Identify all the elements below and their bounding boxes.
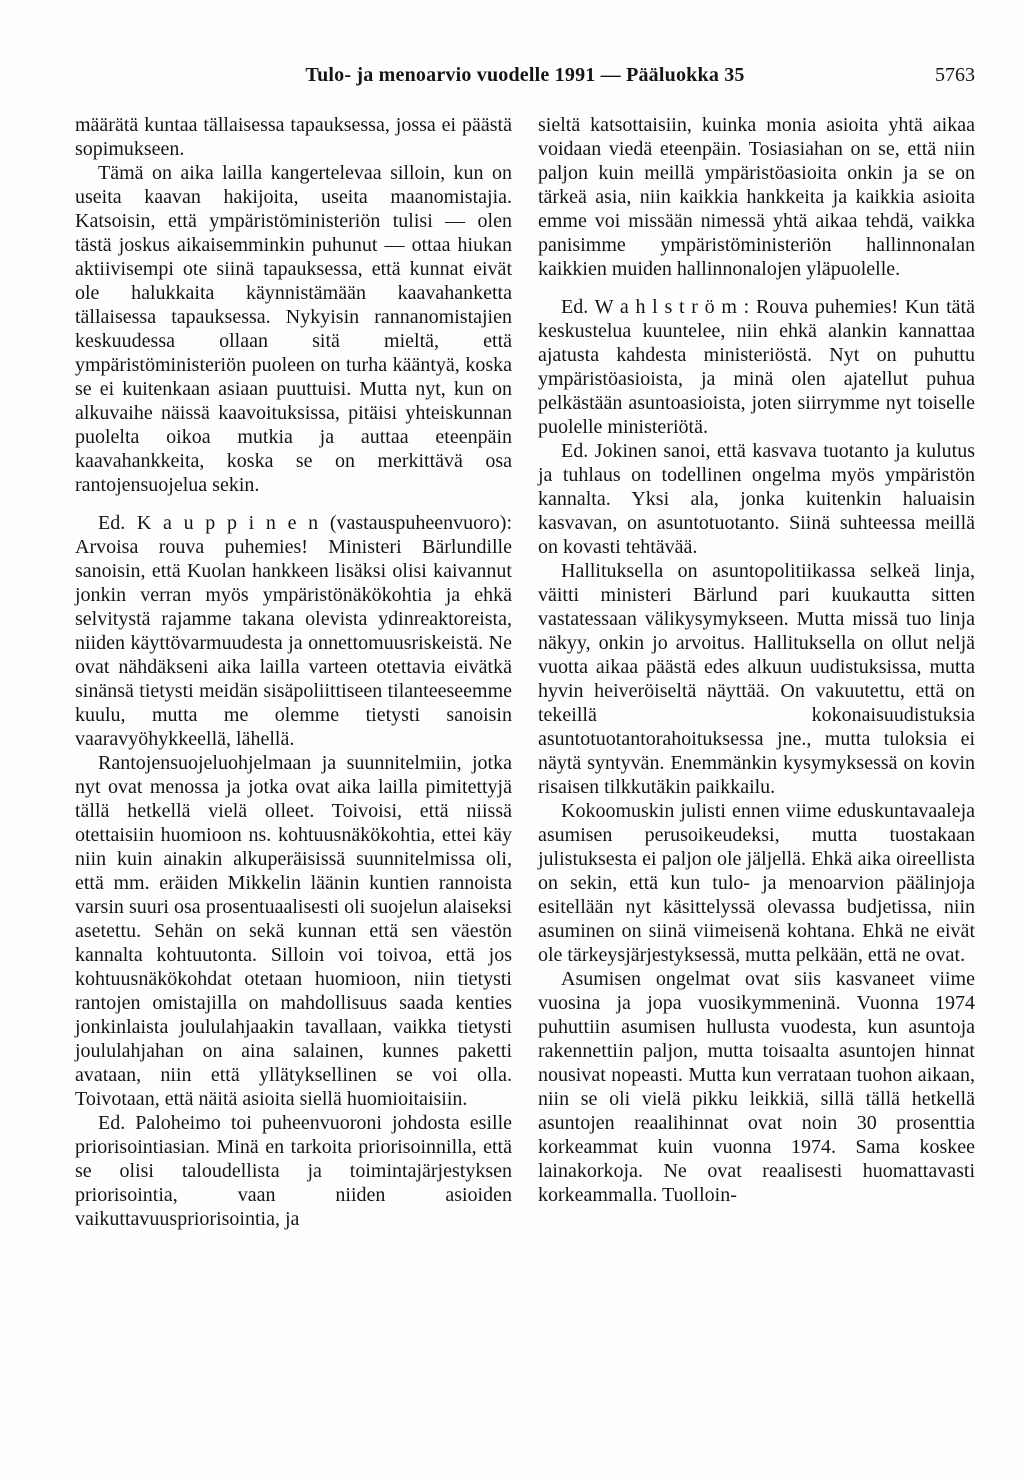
paragraph: Kokoomuskin julisti ennen viime eduskunt… [538,799,975,967]
text-columns: määrätä kuntaa tällaisessa tapauksessa, … [75,113,975,1231]
speaker-paragraph-wahlstrom: Ed. W a h l s t r ö m : Rouva puhemies! … [538,295,975,439]
speaker-paragraph-kauppinen: Ed. K a u p p i n e n (vastauspuheenvuor… [75,511,512,751]
running-title: Tulo- ja menoarvio vuodelle 1991 — Päälu… [75,62,975,88]
paragraph: Tämä on aika lailla kangertelevaa silloi… [75,161,512,497]
document-page: Tulo- ja menoarvio vuodelle 1991 — Päälu… [0,0,1024,1480]
left-column: määrätä kuntaa tällaisessa tapauksessa, … [75,113,512,1231]
paragraph: Hallituksella on asuntopolitiikassa selk… [538,559,975,799]
right-column: sieltä katsottaisiin, kuinka monia asioi… [538,113,975,1231]
page-header: Tulo- ja menoarvio vuodelle 1991 — Päälu… [75,62,975,90]
page-number: 5763 [935,62,975,88]
paragraph: Ed. Paloheimo toi puheenvuoroni johdosta… [75,1111,512,1231]
paragraph-continuation: sieltä katsottaisiin, kuinka monia asioi… [538,113,975,281]
paragraph: Asumisen ongelmat ovat siis kasvaneet vi… [538,967,975,1207]
paragraph: Rantojensuojeluohjelmaan ja suunnitelmii… [75,751,512,1111]
paragraph-continuation: määrätä kuntaa tällaisessa tapauksessa, … [75,113,512,161]
paragraph: Ed. Jokinen sanoi, että kasvava tuotanto… [538,439,975,559]
